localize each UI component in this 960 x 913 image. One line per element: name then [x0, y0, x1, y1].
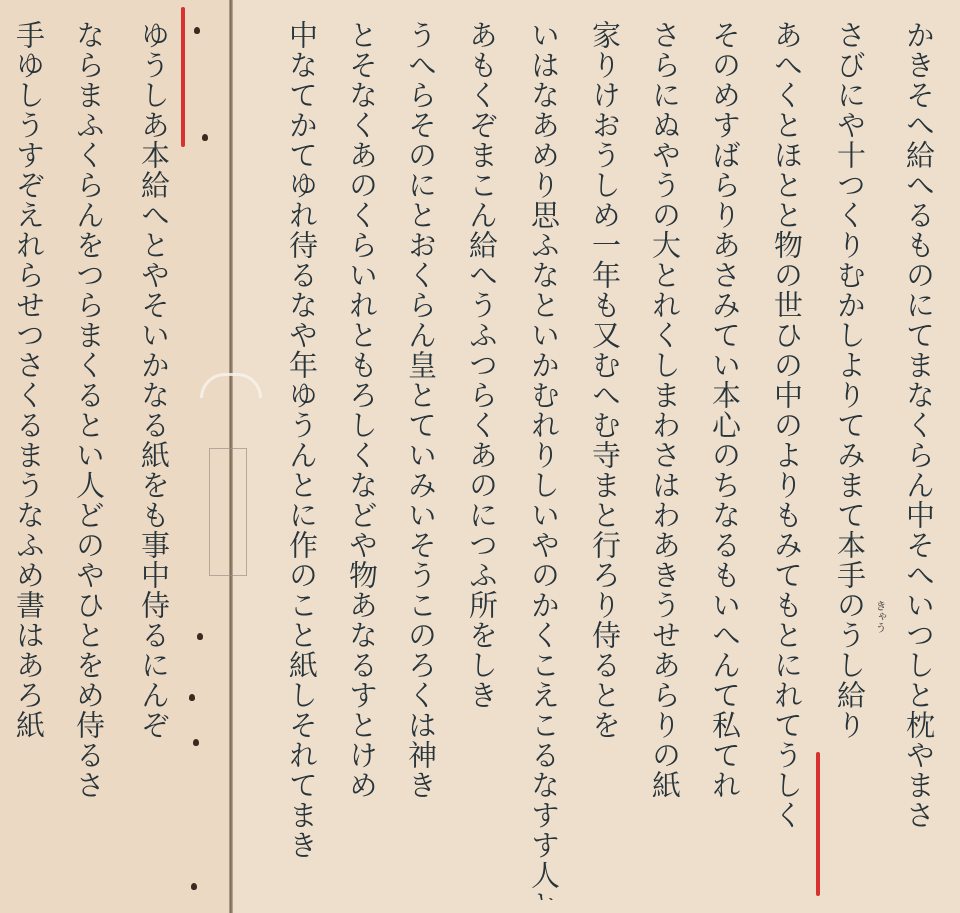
- text-column: さらにぬやうの大とれくしまわさはわあきうせあらりの紙: [648, 20, 682, 900]
- binding-hole: [191, 883, 197, 890]
- manuscript-scan: かきそへ給へるものにてまなくらん中そへいつしと枕やまさ さびにや十つくりむかしよ…: [0, 0, 960, 913]
- text-column: ならまふくらんをつらまくるとい人どのやひとをめ侍るさ: [72, 20, 106, 900]
- text-column: うへらそのにとおくらん皇とていみいそうこのろくは神き: [404, 20, 438, 900]
- binding-hole: [194, 27, 200, 34]
- text-column: ゆうしあ本給へとやそいかなる紙をも事中侍るにんぞ: [137, 20, 171, 900]
- text-column: かきそへ給へるものにてまなくらん中そへいつしと枕やまさ: [902, 20, 936, 900]
- text-column: あもくぞまこん給へうふつらくあのにつふ所をしき: [465, 20, 499, 900]
- library-stamp: [209, 448, 247, 576]
- binding-hole: [197, 633, 203, 640]
- text-column: とそなくあのくらいれともろしくなどや物あなるすとけめ: [345, 20, 379, 900]
- binding-hole: [189, 694, 195, 701]
- red-line-marker: [816, 752, 820, 896]
- text-column: あへくとほとと物の世ひの中のよりもみてもとにれてうしく: [770, 20, 804, 900]
- furigana-annotation: きゃう: [872, 600, 888, 633]
- text-column: いはなあめり思ふなといかむれりしいやのかくこえこるなすす人とお: [527, 20, 561, 900]
- text-column: そのめすばらりあさみてい本心のちなるもいへんて私てれ: [708, 20, 742, 900]
- text-column: 家りけおうしめ一年も又むへむ寺まと行ろり侍るとを: [588, 20, 622, 900]
- red-line-marker: [181, 7, 185, 147]
- binding-hole: [193, 739, 199, 746]
- text-column: さびにや十つくりむかしよりてみまて本手のうし給り: [833, 20, 867, 900]
- binding-hole: [202, 134, 208, 141]
- text-column: 手ゆしうすぞえれらせつさくるまうなふめ書はあろ紙: [12, 20, 46, 900]
- text-column: 中なてかてゆれ待るなや年ゆうんとに作のこと紙しそれてまき: [285, 20, 319, 900]
